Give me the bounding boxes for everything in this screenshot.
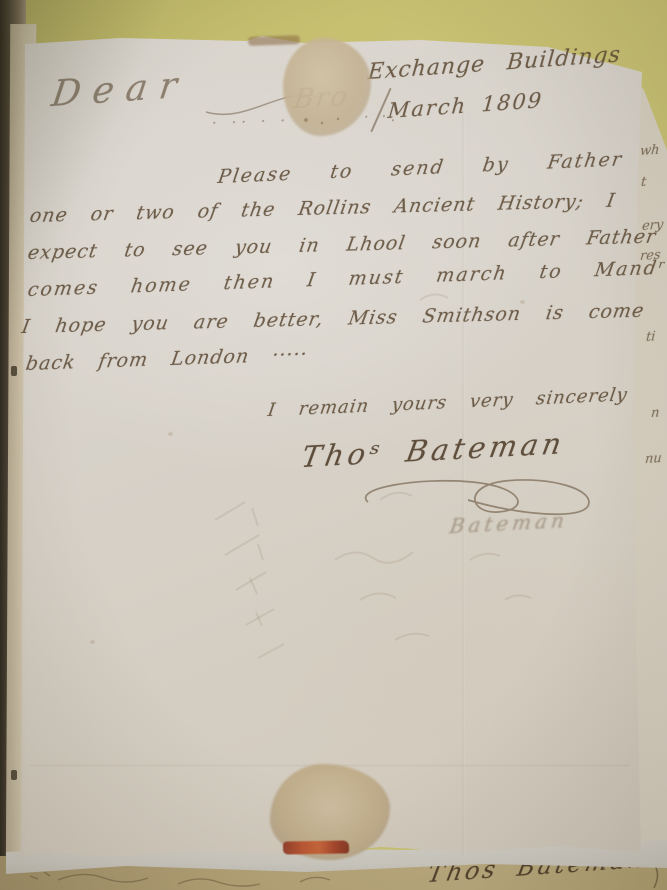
adjacent-fragment: n	[650, 405, 660, 421]
adjacent-fragment: ti	[645, 329, 656, 345]
binding-stitch	[11, 366, 17, 376]
adjacent-fragment: wh	[639, 143, 660, 159]
adjacent-fragment: ery	[641, 217, 664, 234]
salutation-dots-2: · ·.	[364, 107, 400, 126]
stain-ink-specks	[298, 114, 350, 126]
vertical-fold-crease	[462, 110, 465, 855]
paper-speck	[90, 640, 95, 644]
adjacent-fragment: nu	[644, 451, 662, 467]
binding-stitch	[11, 770, 17, 780]
paper-speck	[168, 432, 173, 436]
salutation-dots: · ·· · ·	[212, 111, 291, 132]
red-wax-seal-remnant	[283, 840, 349, 854]
photo-of-letter: Thos Bateman Bateman Exchange Buildings …	[0, 0, 667, 890]
adjacent-fragment: res	[639, 247, 661, 264]
stain-edge-mark	[248, 35, 300, 46]
